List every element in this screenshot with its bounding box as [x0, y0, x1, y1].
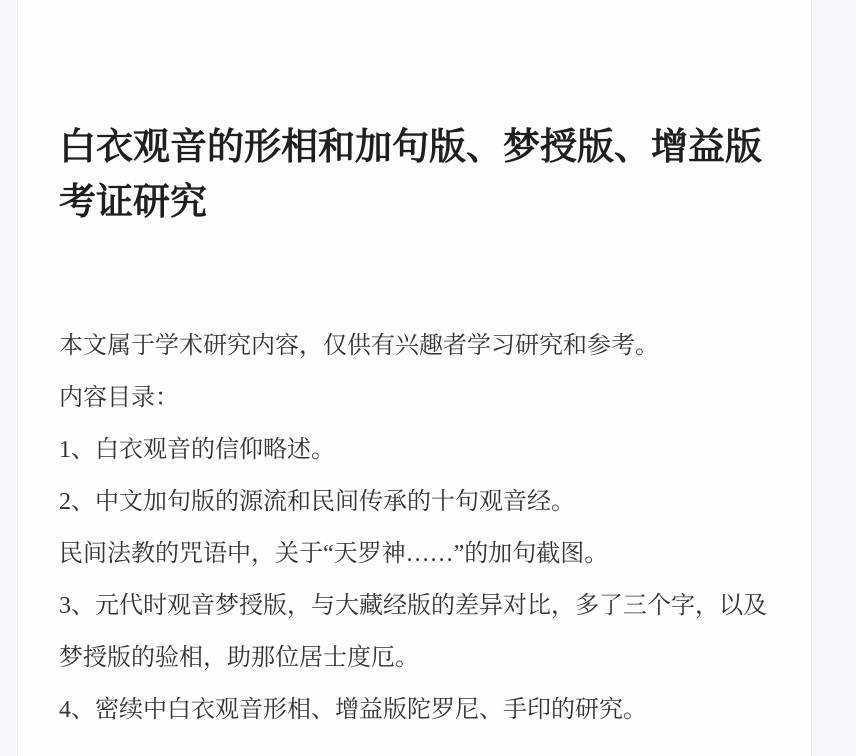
article-title: 白衣观音的形相和加句版、梦授版、增益版考证研究 [18, 120, 812, 230]
body-line: 1、白衣观音的信仰略述。 [59, 424, 774, 476]
body-line: 梦授版的验相，助那位居士度厄。 [59, 632, 774, 684]
article-body: 本文属于学术研究内容，仅供有兴趣者学习研究和参考。内容目录：1、白衣观音的信仰略… [18, 320, 812, 736]
article-page: 白衣观音的形相和加句版、梦授版、增益版考证研究 本文属于学术研究内容，仅供有兴趣… [17, 0, 812, 756]
body-line: 2、中文加句版的源流和民间传承的十句观音经。 [59, 476, 774, 528]
body-line: 3、元代时观音梦授版，与大藏经版的差异对比，多了三个字，以及 [59, 580, 774, 632]
body-line: 4、密续中白衣观音形相、增益版陀罗尼、手印的研究。 [59, 684, 774, 736]
body-line: 本文属于学术研究内容，仅供有兴趣者学习研究和参考。 [59, 320, 774, 372]
body-line: 内容目录： [59, 372, 774, 424]
page-background: 白衣观音的形相和加句版、梦授版、增益版考证研究 本文属于学术研究内容，仅供有兴趣… [0, 0, 856, 756]
body-line: 民间法教的咒语中，关于“天罗神……”的加句截图。 [59, 528, 774, 580]
